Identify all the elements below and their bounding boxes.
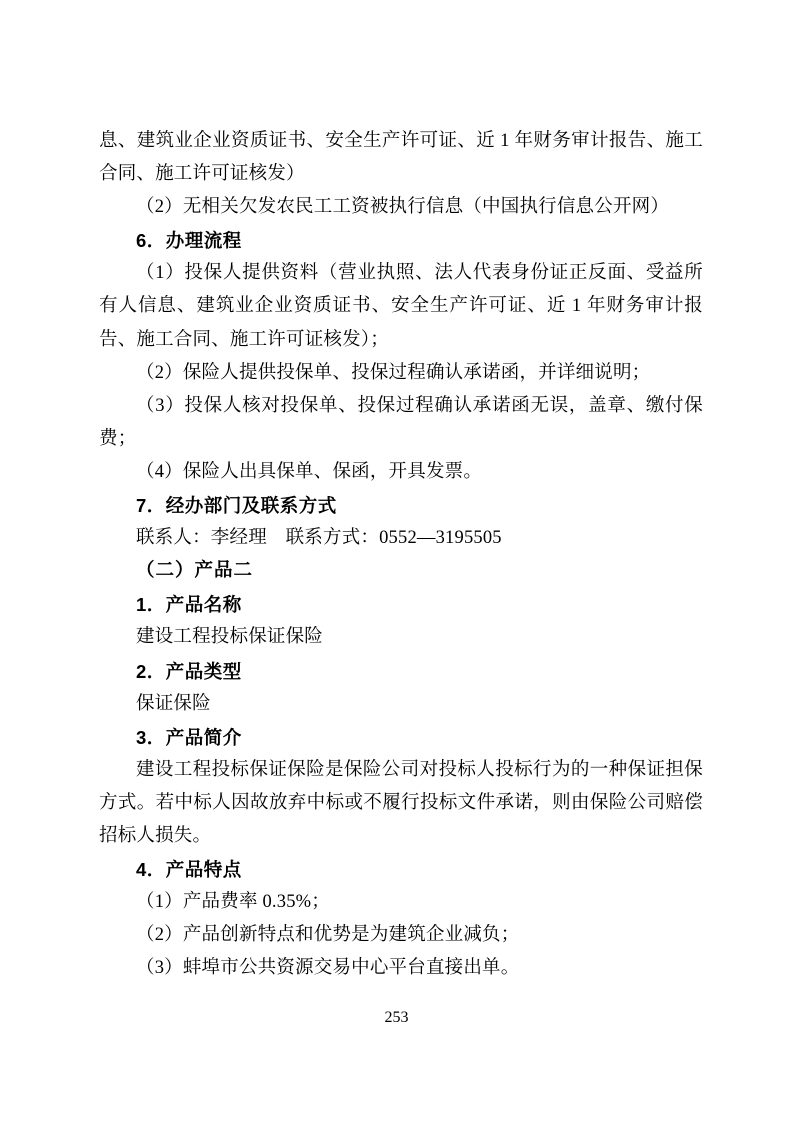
paragraph-step-3: （3）投保人核对投保单、投保过程确认承诺函无误，盖章、缴付保费；: [99, 390, 703, 456]
heading-7-contact: 7．经办部门及联系方式: [99, 489, 703, 522]
heading-1-product-name: 1．产品名称: [99, 588, 703, 621]
page-number: 253: [0, 1001, 793, 1034]
heading-4-product-features: 4．产品特点: [99, 853, 703, 886]
heading-2-product-type: 2．产品类型: [99, 655, 703, 688]
paragraph-feature-3: （3）蚌埠市公共资源交易中心平台直接出单。: [99, 952, 703, 985]
paragraph-product-name: 建设工程投标保证保险: [99, 621, 703, 654]
paragraph-product-intro: 建设工程投标保证保险是保险公司对投标人投标行为的一种保证担保方式。若中标人因故放…: [99, 754, 703, 853]
heading-section-product-2: （二）产品二: [99, 555, 703, 588]
heading-3-product-intro: 3．产品简介: [99, 721, 703, 754]
paragraph-product-type: 保证保险: [99, 688, 703, 721]
paragraph-condition-2: （2）无相关欠发农民工工资被执行信息（中国执行信息公开网）: [99, 191, 703, 224]
paragraph-step-1: （1）投保人提供资料（营业执照、法人代表身份证正反面、受益所有人信息、建筑业企业…: [99, 257, 703, 356]
paragraph-step-4: （4）保险人出具保单、保函，开具发票。: [99, 456, 703, 489]
paragraph-feature-1: （1）产品费率 0.35%；: [99, 886, 703, 919]
paragraph-continuation: 息、建筑业企业资质证书、安全生产许可证、近 1 年财务审计报告、施工合同、施工许…: [99, 125, 703, 191]
paragraph-contact-info: 联系人：李经理 联系方式：0552—3195505: [99, 522, 703, 555]
heading-6-process: 6．办理流程: [99, 224, 703, 257]
paragraph-feature-2: （2）产品创新特点和优势是为建筑企业减负；: [99, 919, 703, 952]
document-page-body: 息、建筑业企业资质证书、安全生产许可证、近 1 年财务审计报告、施工合同、施工许…: [99, 125, 703, 985]
paragraph-step-2: （2）保险人提供投保单、投保过程确认承诺函，并详细说明；: [99, 357, 703, 390]
